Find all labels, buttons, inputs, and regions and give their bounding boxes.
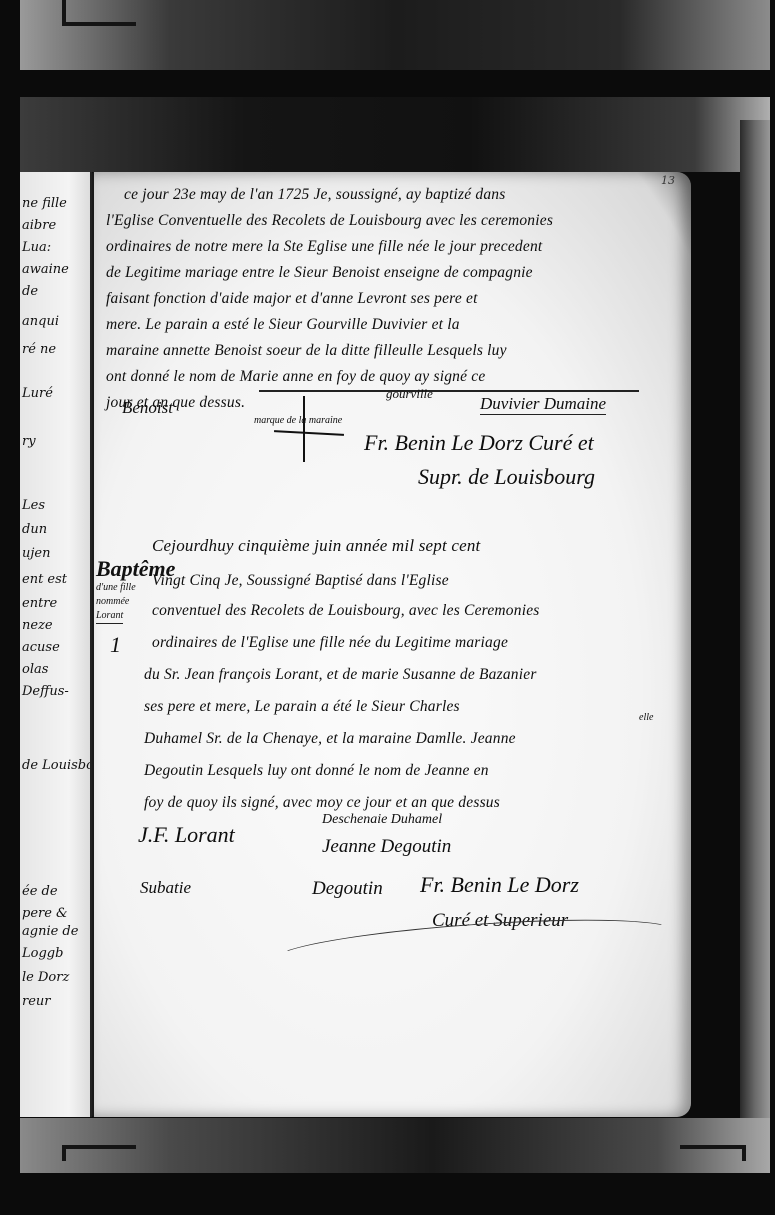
entry-line: ce jour 23e may de l'an 1725 Je, soussig…: [124, 186, 505, 204]
signature-duvivier-dumaine: Duvivier Dumaine: [480, 394, 606, 415]
signature-priest-line1: Fr. Benin Le Dorz Curé et: [364, 430, 594, 456]
signature-father-benoist: Benoist: [122, 398, 173, 418]
left-fragment-text: Luré: [22, 386, 53, 401]
entry-line: ont donné le nom de Marie anne en foy de…: [106, 368, 485, 386]
entry-line: faisant fonction d'aide major et d'anne …: [106, 290, 478, 308]
left-fragment-text: ujen: [22, 546, 50, 561]
left-fragment-text: acuse: [22, 640, 60, 655]
left-fragment-text: Deffus-: [22, 684, 69, 699]
left-fragment-text: Loggb: [22, 946, 63, 961]
entry-line: ordinaires de notre mere la Ste Eglise u…: [106, 238, 542, 256]
left-fragment-text: entre: [22, 596, 57, 611]
left-fragment-text: neze: [22, 618, 53, 633]
superscript-elle: elle: [639, 712, 653, 723]
film-strip-upper-margin: [20, 97, 770, 172]
left-fragment-text: ré ne: [22, 342, 56, 357]
entry-line: ordinaires de l'Eglise une fille née du …: [152, 634, 508, 652]
left-fragment-text: ry: [22, 434, 36, 449]
entry-line: Degoutin Lesquels luy ont donné le nom d…: [144, 762, 489, 780]
entry-line: du Sr. Jean françois Lorant, et de marie…: [144, 666, 537, 684]
left-fragment-text: ent est: [22, 572, 67, 587]
left-fragment-text: olas: [22, 662, 48, 677]
signature-deschenaie-duhamel: Deschenaie Duhamel: [322, 812, 442, 828]
signature-jf-lorant: J.F. Lorant: [138, 822, 235, 848]
left-fragment-text: de: [22, 284, 38, 299]
film-bracket-bottom-right: [680, 1145, 746, 1161]
entry-line: maraine annette Benoist soeur de la ditt…: [106, 342, 507, 360]
film-bracket-bottom-left: [62, 1145, 136, 1161]
signature-degoutin: Degoutin: [312, 878, 383, 900]
godmother-mark-label: marque de la maraine: [254, 415, 342, 426]
signature-priest-line2: Supr. de Louisbourg: [418, 464, 595, 490]
entry-line: Cejourdhuy cinquième juin année mil sept…: [152, 536, 480, 556]
signature-gourville: gourville: [386, 386, 433, 402]
signature-subatie: Subatie: [140, 878, 191, 898]
left-fragment-text: ée de: [22, 884, 58, 899]
entry-line: conventuel des Recolets de Louisbourg, a…: [152, 602, 540, 620]
closing-rule: [259, 390, 639, 392]
entry-line: Duhamel Sr. de la Chenaye, et la maraine…: [144, 730, 516, 748]
left-fragment-text: aibre: [22, 218, 56, 233]
margin-line: Lorant: [96, 609, 123, 624]
film-right-edge: [740, 120, 770, 1120]
left-page-fragment: ne fille aibre Lua: awaine de anqui ré n…: [20, 172, 92, 1117]
folio-number: 13: [661, 174, 675, 187]
left-fragment-text: anqui: [22, 314, 59, 329]
entry-line: de Legitime mariage entre le Sieur Benoi…: [106, 264, 533, 282]
cross-mark-icon: [274, 430, 344, 436]
signature-jeanne-degoutin: Jeanne Degoutin: [322, 836, 451, 858]
entry-line: mere. Le parain a esté le Sieur Gourvill…: [106, 316, 460, 334]
left-fragment-text: Lua:: [22, 240, 51, 255]
signature-priest-line1: Fr. Benin Le Dorz: [420, 872, 579, 898]
left-fragment-text: dun: [22, 522, 47, 537]
left-fragment-text: ne fille: [22, 196, 67, 211]
entry-line: l'Eglise Conventuelle des Recolets de Lo…: [106, 212, 553, 230]
entry-line: foy de quoy ils signé, avec moy ce jour …: [144, 794, 500, 812]
left-fragment-text: Les: [22, 498, 45, 513]
left-fragment-text: reur: [22, 994, 51, 1009]
left-fragment-text: awaine: [22, 262, 69, 277]
left-fragment-text: agnie de: [22, 924, 78, 939]
cross-mark-icon: [303, 396, 305, 462]
entry-line: Vingt Cinq Je, Soussigné Baptisé dans l'…: [152, 572, 449, 590]
register-page: 13 ce jour 23e may de l'an 1725 Je, sous…: [92, 172, 691, 1117]
entry-line: ses pere et mere, Le parain a été le Sie…: [144, 698, 460, 716]
left-fragment-text: le Dorz: [22, 970, 69, 985]
film-bracket-top-left: [62, 0, 136, 26]
left-fragment-text: pere &: [22, 906, 68, 921]
left-fragment-text: de Louisbourg: [22, 758, 92, 773]
